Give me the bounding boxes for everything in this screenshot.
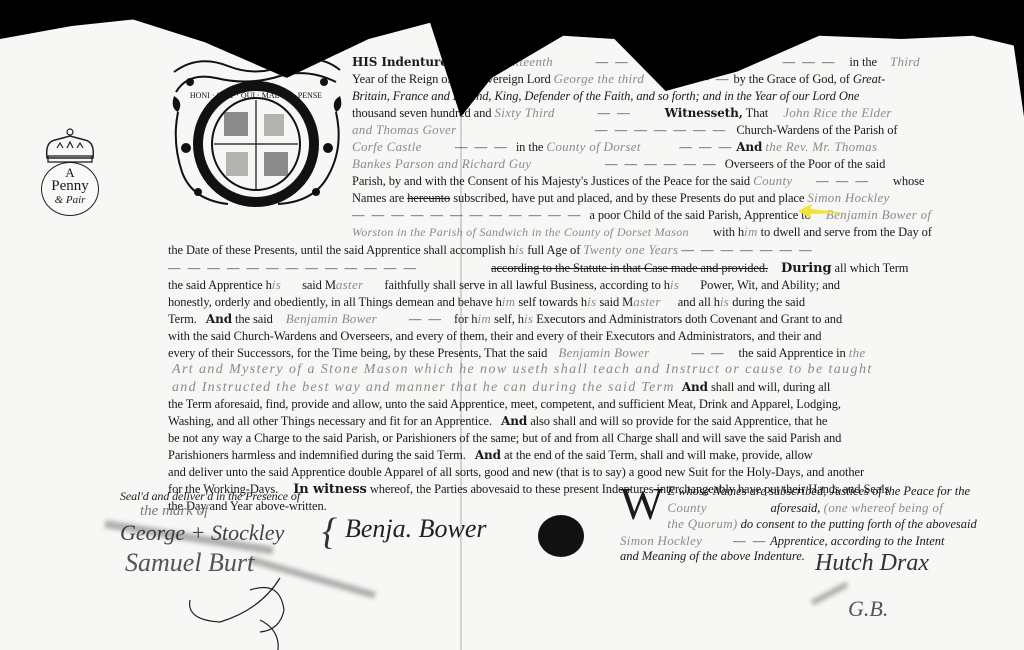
text-line-13: — — — — — — — — — — — — — according to t…	[168, 261, 908, 276]
text-line-16: Term. And the said Benjamin Bower — — fo…	[168, 312, 842, 326]
hw-day: Sixteenth	[503, 55, 593, 69]
wax-seal	[538, 515, 584, 557]
stamp-disc: A Penny & Pair	[41, 162, 99, 216]
hw-trade-clause: Art and Mystery of a Stone Mason which h…	[172, 363, 873, 377]
text-line-3: Britain, France and Ireland, King, Defen…	[352, 89, 859, 103]
indenture-page: A Penny & Pair HONI	[0, 0, 1024, 650]
hw-sovereign: George the third	[554, 72, 674, 86]
text-line-11: Worston in the Parish of Sandwich in the…	[352, 225, 932, 239]
hw-county: County of Dorset	[546, 140, 676, 154]
hw-master-residence: Worston in the Parish of Sandwich in the…	[352, 225, 710, 239]
text-line-8: Parish, by and with the Consent of his M…	[352, 174, 924, 188]
hw-overseer-1: the Rev. Mr. Thomas	[765, 139, 877, 154]
text-line-5: and Thomas Gover — — — — — — — Church-Wa…	[352, 123, 897, 137]
text-line-22: Washing, and all other Things necessary …	[168, 414, 827, 428]
text-line-20: and Instructed the best way and manner t…	[172, 380, 830, 395]
hw-county-2: County	[753, 174, 813, 188]
hw-churchwarden-1: John Rice the Elder	[783, 105, 892, 120]
text-line-7: Bankes Parson and Richard Guy — — — — — …	[352, 157, 885, 171]
text-line-15: honestly, orderly and obediently, in all…	[168, 295, 805, 309]
hw-year: Sixty Third	[494, 106, 594, 120]
text-line-1: HIS Indenture, made the Sixteenth — — Da…	[352, 55, 920, 69]
witness-label: Seal'd and deliver'd in the Presence of	[120, 489, 300, 503]
justice-signature-2: G.B.	[848, 596, 888, 622]
crown-icon	[43, 128, 97, 164]
ornamental-initial-t-icon: HONI · SOIT · QUI · MAL · Y · PENSE	[168, 52, 346, 210]
hw-churchwarden-2: and Thomas Gover	[352, 123, 592, 137]
drop-cap-w: W	[620, 484, 663, 524]
text-line-17: with the said Church-Wardens and Oversee…	[168, 329, 821, 343]
ink-smear	[811, 582, 849, 606]
hw-full-age: Twenty one Years	[583, 242, 678, 257]
text-line-14: the said Apprentice his said Master fait…	[168, 278, 840, 292]
highlight-arrow-icon	[796, 202, 848, 220]
text-line-21: the Term aforesaid, find, provide and al…	[168, 397, 841, 411]
hw-month: July	[690, 55, 780, 69]
text-line-2: Year of the Reign of our Sovereign Lord …	[352, 72, 885, 86]
justices-consent-block: W E whose Names are subscribed, Justices…	[620, 484, 1000, 565]
hw-regnal-year: Third	[890, 54, 920, 69]
pen-flourish-icon	[180, 570, 300, 650]
text-line-18: every of their Successors, for the Time …	[168, 346, 866, 360]
text-line-24: Parishioners harmless and indemnified du…	[168, 448, 813, 462]
penny-tax-stamp: A Penny & Pair	[40, 128, 100, 218]
opening-words: HIS Indenture,	[352, 55, 452, 69]
brace: {	[322, 510, 337, 554]
hw-overseers: Bankes Parson and Richard Guy	[352, 157, 602, 171]
text-line-25: and deliver unto the said Apprentice dou…	[168, 465, 864, 479]
hw-witness-mark: the mark of	[140, 503, 208, 520]
hw-parish: Corfe Castle	[352, 140, 452, 154]
master-signature: Benja. Bower	[345, 514, 487, 544]
text-line-6: Corfe Castle — — — in the County of Dors…	[352, 140, 877, 154]
text-line-4: thousand seven hundred and Sixty Third —…	[352, 106, 892, 120]
garter-motto: HONI · SOIT · QUI · MAL · Y · PENSE	[190, 91, 322, 100]
text-line-12: the Date of these Presents, until the sa…	[168, 243, 814, 257]
text-line-23: be not any way a Charge to the said Pari…	[168, 431, 841, 445]
justice-signature-1: Hutch Drax	[815, 550, 929, 577]
